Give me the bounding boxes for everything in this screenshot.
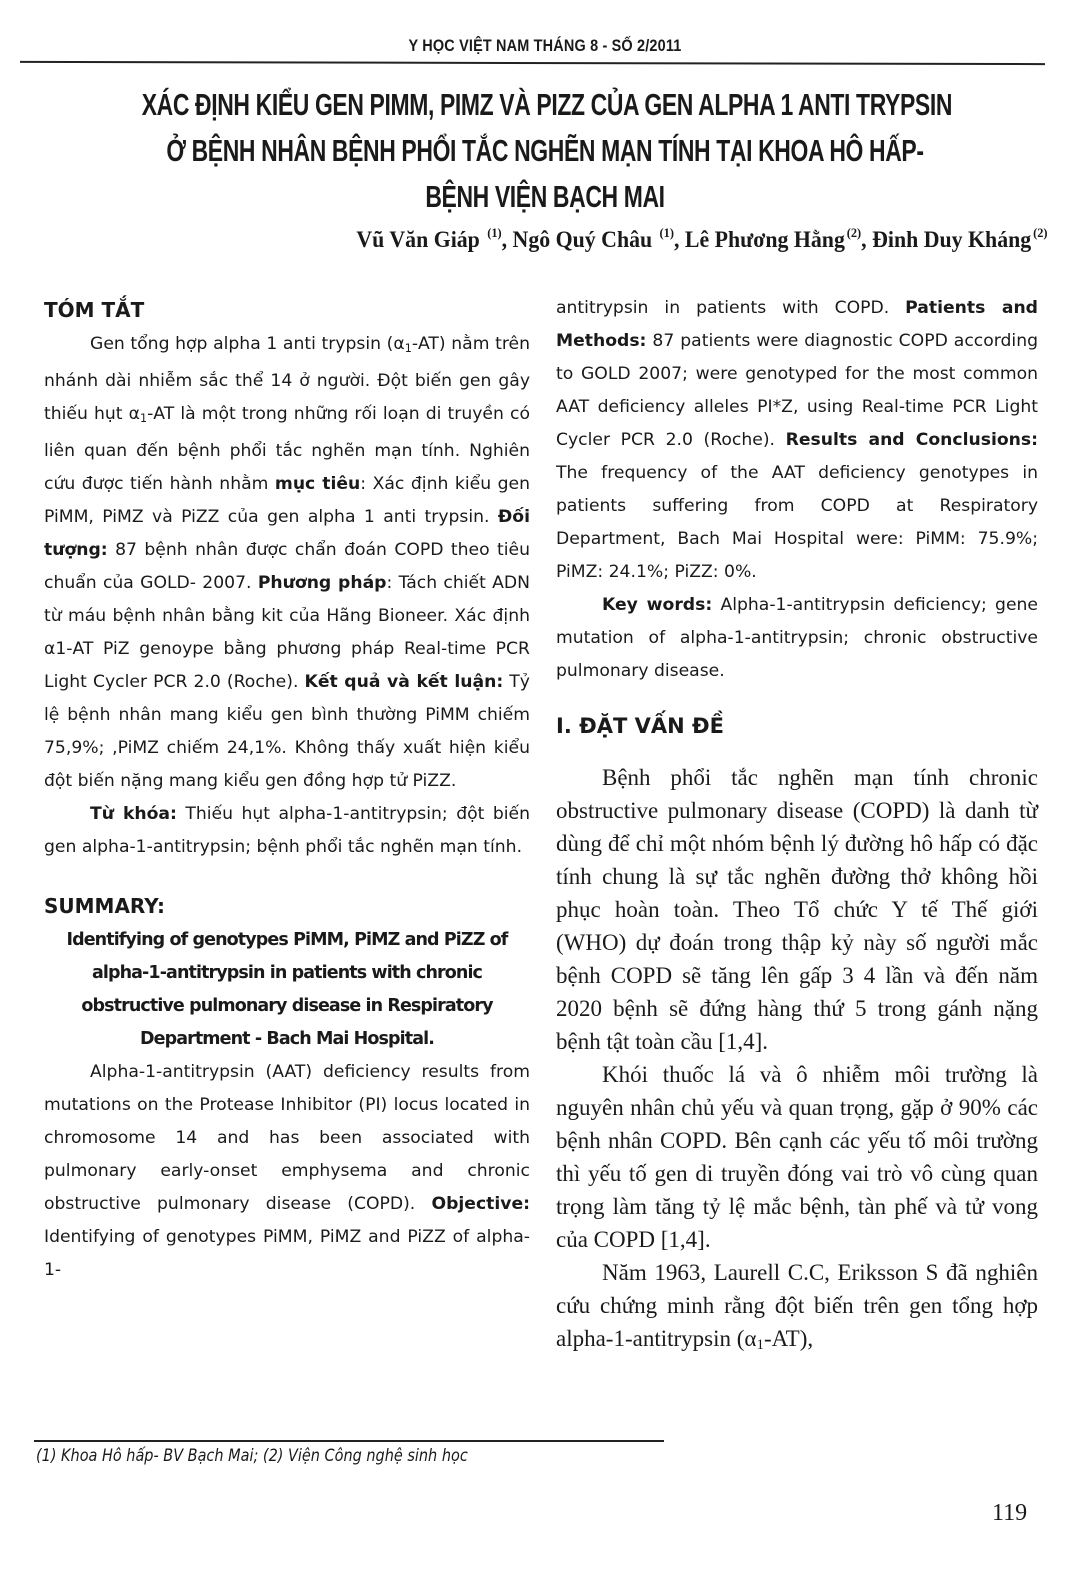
text-run: antitrypsin in patients with COPD. (556, 298, 905, 318)
title-line-3: BỆNH VIỆN BẠCH MAI (142, 174, 949, 220)
affiliation-mark: (1) (488, 225, 502, 240)
bold-label: Kết quả và kết luận: (305, 672, 504, 692)
affiliation-mark: (2) (847, 225, 861, 240)
author-list: Vũ Văn Giáp (1), Ngô Quý Châu (1), Lê Ph… (357, 225, 1048, 253)
author-name: , Ngô Quý Châu (502, 227, 658, 252)
bold-label: mục tiêu (275, 474, 360, 494)
section-heading-introduction: I. ĐẶT VẤN ĐỀ (556, 708, 1038, 744)
subscript: 1 (756, 1337, 763, 1353)
summary-title: Identifying of genotypes PiMM, PiMZ and … (44, 924, 530, 1056)
journal-page: Y HỌC VIỆT NAM THÁNG 8 - SỐ 2/2011 XÁC Đ… (0, 0, 1090, 1584)
author-name: Vũ Văn Giáp (357, 227, 486, 252)
page-number: 119 (992, 1500, 1027, 1527)
title-line-2: Ở BỆNH NHÂN BỆNH PHỔI TẮC NGHẼN MẠN TÍNH… (142, 128, 949, 174)
bold-label: Key words: (602, 595, 712, 615)
subscript: 1 (405, 342, 412, 355)
intro-paragraph-3: Năm 1963, Laurell C.C, Eriksson S đã ngh… (556, 1256, 1038, 1362)
text-run: The frequency of the AAT deficiency geno… (556, 463, 1038, 582)
affiliation-mark: (2) (1034, 225, 1048, 240)
keywords-vi: Từ khóa: Thiếu hụt alpha-1-antitrypsin; … (44, 798, 530, 864)
title-line-1: XÁC ĐỊNH KIỂU GEN PIMM, PIMZ VÀ PIZZ CỦA… (142, 82, 949, 128)
abstract-vi-paragraph: Gen tổng hợp alpha 1 anti trypsin (α1-AT… (44, 328, 530, 798)
abstract-en-continued: antitrypsin in patients with COPD. Patie… (556, 292, 1038, 589)
author-name: , Đinh Duy Kháng (862, 227, 1032, 252)
affiliation-footnote: (1) Khoa Hô hấp- BV Bạch Mai; (2) Viện C… (36, 1446, 468, 1466)
abstract-en-paragraph: Alpha-1-antitrypsin (AAT) deficiency res… (44, 1056, 530, 1287)
left-column: TÓM TẮT Gen tổng hợp alpha 1 anti trypsi… (44, 292, 530, 1287)
intro-paragraph-1: Bệnh phổi tắc nghẽn mạn tính chronic obs… (556, 761, 1038, 1058)
keywords-en: Key words: Alpha-1-antitrypsin deficienc… (556, 589, 1038, 688)
article-title: XÁC ĐỊNH KIỂU GEN PIMM, PIMZ VÀ PIZZ CỦA… (0, 82, 1090, 220)
bold-label: Từ khóa: (90, 804, 177, 824)
text-run: -AT), (764, 1326, 813, 1351)
bold-label: Results and Conclusions: (786, 430, 1038, 450)
running-header: Y HỌC VIỆT NAM THÁNG 8 - SỐ 2/2011 (82, 36, 1009, 56)
author-name: , Lê Phương Hằng (674, 227, 845, 252)
section-heading-tom-tat: TÓM TẮT (44, 292, 530, 328)
affiliation-mark: (1) (660, 225, 674, 240)
header-rule (20, 61, 1045, 65)
section-heading-summary: SUMMARY: (44, 888, 530, 924)
bold-label: Objective: (432, 1194, 531, 1214)
intro-paragraph-2: Khói thuốc lá và ô nhiễm môi trường là n… (556, 1058, 1038, 1256)
bold-label: Phương pháp (258, 573, 387, 593)
text-run: Alpha-1-antitrypsin (AAT) deficiency res… (44, 1062, 530, 1214)
right-column: antitrypsin in patients with COPD. Patie… (556, 292, 1038, 1362)
text-run: Gen tổng hợp alpha 1 anti trypsin (α (90, 334, 405, 354)
footnote-rule (34, 1440, 664, 1442)
text-run: Identifying of genotypes PiMM, PiMZ and … (44, 1227, 530, 1280)
